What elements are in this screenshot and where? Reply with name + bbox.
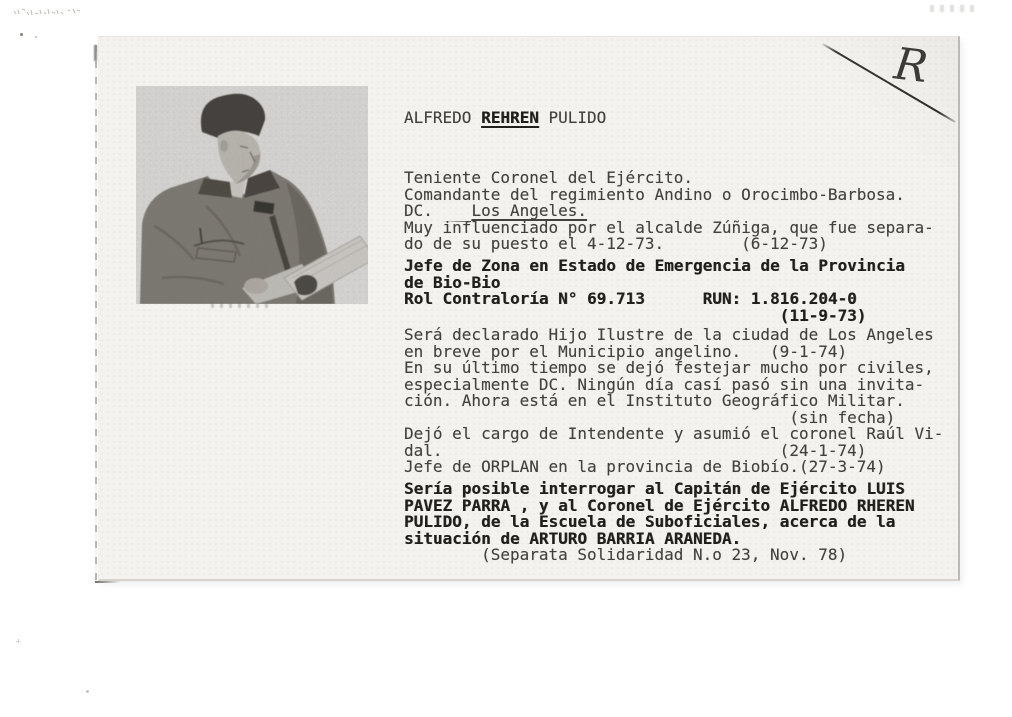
text-line: Jefe de ORPLAN en la provincia de Biobío…	[404, 459, 943, 476]
pencil-scribble	[13, 7, 91, 19]
text-run: do de su puesto el 4-12-73. (6-12-73)	[404, 234, 828, 253]
scanned-page: R ALFREDO REHREN PULIDO Teniente Coronel…	[0, 0, 1012, 717]
index-card: R ALFREDO REHREN PULIDO Teniente Coronel…	[98, 36, 960, 581]
text-run: Jefe de ORPLAN en la provincia de Biobío…	[404, 457, 886, 476]
text-line: (11-9-73)	[404, 308, 943, 325]
photo-caption-smudge	[211, 303, 271, 308]
ink-dot	[35, 36, 37, 38]
card-title: ALFREDO REHREN PULIDO	[404, 110, 943, 127]
text-run: ALFREDO	[404, 108, 481, 127]
text-line: do de su puesto el 4-12-73. (6-12-73)	[404, 236, 943, 253]
text-block-chronology: Será declarado Hijo Ilustre de la ciudad…	[404, 327, 943, 476]
ink-dot	[20, 33, 23, 36]
typewriter-text: ALFREDO REHREN PULIDO Teniente Coronel d…	[404, 77, 943, 564]
text-run: PULIDO	[539, 108, 606, 127]
portrait-photo	[136, 86, 368, 304]
crop-mark-corner	[95, 581, 121, 583]
text-block-emergency-zone: Jefe de Zona en Estado de Emergencia de …	[404, 258, 943, 324]
margin-mark	[16, 639, 20, 643]
text-run: (11-9-73)	[404, 306, 866, 325]
scan-smudge	[930, 5, 976, 12]
text-run: REHREN	[481, 108, 539, 127]
text-block-interrogation-note: Sería posible interrogar al Capitán de E…	[404, 481, 943, 564]
text-run: (Separata Solidaridad N.o 23, Nov. 78)	[404, 545, 847, 564]
crop-mark-vertical	[95, 45, 97, 583]
crop-mark-top-smudge	[94, 45, 97, 61]
text-block-rank-info: Teniente Coronel del Ejército.Comandante…	[404, 170, 943, 253]
text-line: (Separata Solidaridad N.o 23, Nov. 78)	[404, 547, 943, 564]
text-run: Los Angeles.	[471, 201, 587, 220]
margin-mark	[86, 690, 89, 693]
